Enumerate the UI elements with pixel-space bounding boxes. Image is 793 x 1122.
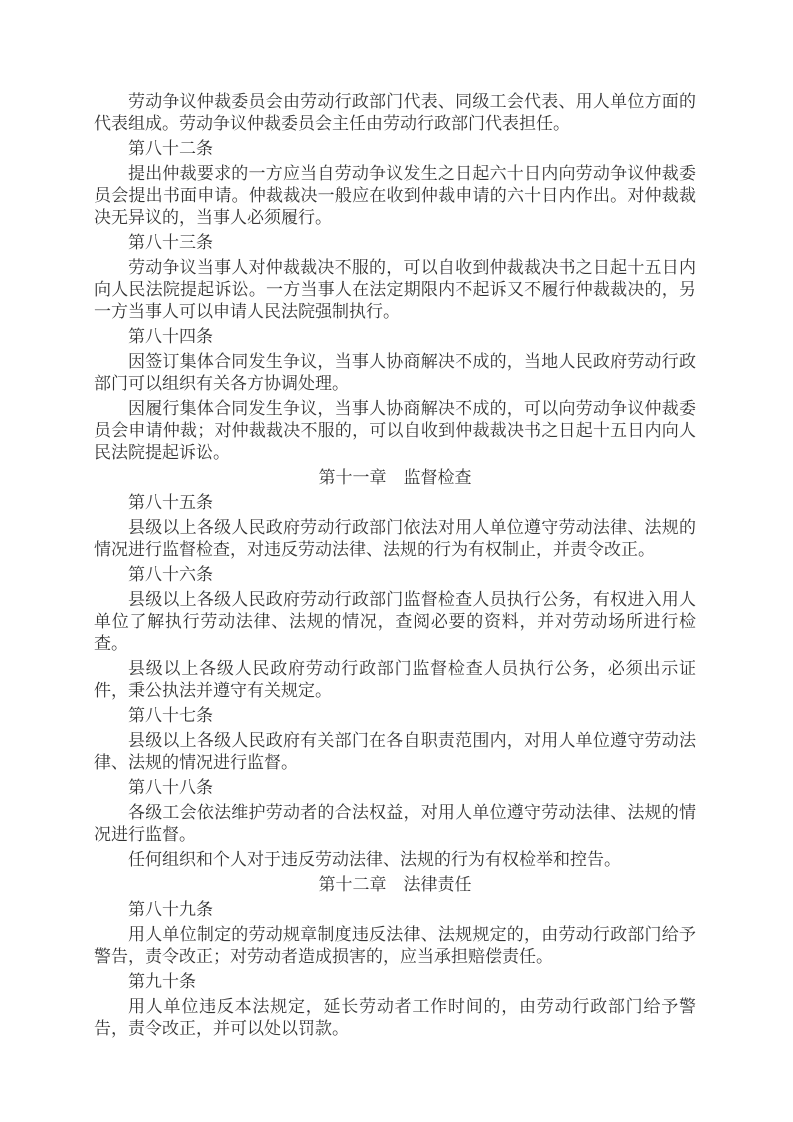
body-paragraph: 用人单位制定的劳动规章制度违反法律、法规规定的，由劳动行政部门给予警告，责令改正… — [94, 924, 696, 968]
document-page: 劳动争议仲裁委员会由劳动行政部门代表、同级工会代表、用人单位方面的代表组成。劳动… — [0, 0, 793, 1122]
body-paragraph: 因签订集体合同发生争议，当事人协商解决不成的，当地人民政府劳动行政部门可以组织有… — [94, 351, 696, 395]
article-number: 第九十条 — [94, 971, 696, 993]
body-paragraph: 提出仲裁要求的一方应当自劳动争议发生之日起六十日内向劳动争议仲裁委员会提出书面申… — [94, 163, 696, 229]
article-number: 第八十四条 — [94, 326, 696, 348]
body-paragraph: 用人单位违反本法规定，延长劳动者工作时间的，由劳动行政部门给予警告，责令改正，并… — [94, 996, 696, 1040]
article-number: 第八十九条 — [94, 899, 696, 921]
body-paragraph: 各级工会依法维护劳动者的合法权益，对用人单位遵守劳动法律、法规的情况进行监督。 — [94, 802, 696, 846]
article-number: 第八十二条 — [94, 138, 696, 160]
body-paragraph: 县级以上各级人民政府劳动行政部门依法对用人单位遵守劳动法律、法规的情况进行监督检… — [94, 517, 696, 561]
article-number: 第八十六条 — [94, 564, 696, 586]
chapter-heading: 第十二章 法律责任 — [94, 874, 696, 896]
article-number: 第八十七条 — [94, 705, 696, 727]
body-paragraph: 因履行集体合同发生争议，当事人协商解决不成的，可以向劳动争议仲裁委员会申请仲裁；… — [94, 398, 696, 464]
chapter-heading: 第十一章 监督检查 — [94, 467, 696, 489]
article-number: 第八十八条 — [94, 777, 696, 799]
body-paragraph: 任何组织和个人对于违反劳动法律、法规的行为有权检举和控告。 — [94, 849, 696, 871]
article-number: 第八十三条 — [94, 232, 696, 254]
body-paragraph: 县级以上各级人民政府劳动行政部门监督检查人员执行公务，有权进入用人单位了解执行劳… — [94, 589, 696, 655]
body-paragraph: 县级以上各级人民政府劳动行政部门监督检查人员执行公务，必须出示证件，秉公执法并遵… — [94, 658, 696, 702]
article-number: 第八十五条 — [94, 492, 696, 514]
body-paragraph: 劳动争议当事人对仲裁裁决不服的，可以自收到仲裁裁决书之日起十五日内向人民法院提起… — [94, 257, 696, 323]
body-paragraph: 县级以上各级人民政府有关部门在各自职责范围内，对用人单位遵守劳动法律、法规的情况… — [94, 730, 696, 774]
body-paragraph: 劳动争议仲裁委员会由劳动行政部门代表、同级工会代表、用人单位方面的代表组成。劳动… — [94, 91, 696, 135]
